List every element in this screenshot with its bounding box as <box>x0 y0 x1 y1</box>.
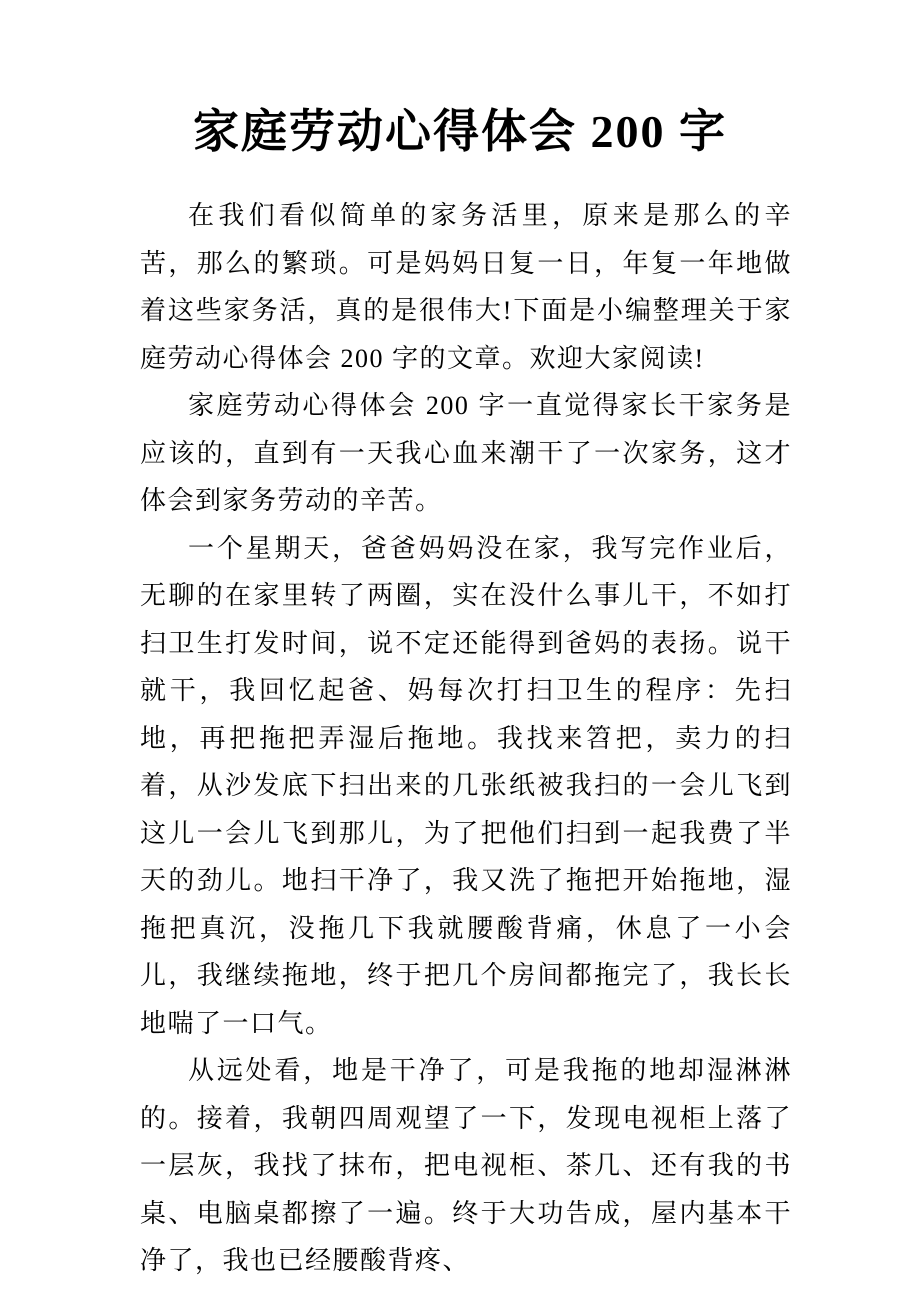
document-page: 家庭劳动心得体会 200 字 在我们看似简单的家务活里，原来是那么的辛苦，那么的… <box>0 0 920 1302</box>
document-title: 家庭劳动心得体会 200 字 <box>0 100 920 164</box>
paragraph-cleaning-story: 一个星期天，爸爸妈妈没在家，我写完作业后，无聊的在家里转了两圈，实在没什么事儿干… <box>140 525 792 1048</box>
paragraph-dusting-story: 从远处看，地是干净了，可是我拖的地却湿淋淋的。接着，我朝四周观望了一下，发现电视… <box>140 1047 792 1285</box>
document-body: 在我们看似简单的家务活里，原来是那么的辛苦，那么的繁琐。可是妈妈日复一日，年复一… <box>140 192 792 1285</box>
paragraph-intro: 在我们看似简单的家务活里，原来是那么的辛苦，那么的繁琐。可是妈妈日复一日，年复一… <box>140 192 792 382</box>
paragraph-opening: 家庭劳动心得体会 200 字一直觉得家长干家务是应该的，直到有一天我心血来潮干了… <box>140 382 792 525</box>
